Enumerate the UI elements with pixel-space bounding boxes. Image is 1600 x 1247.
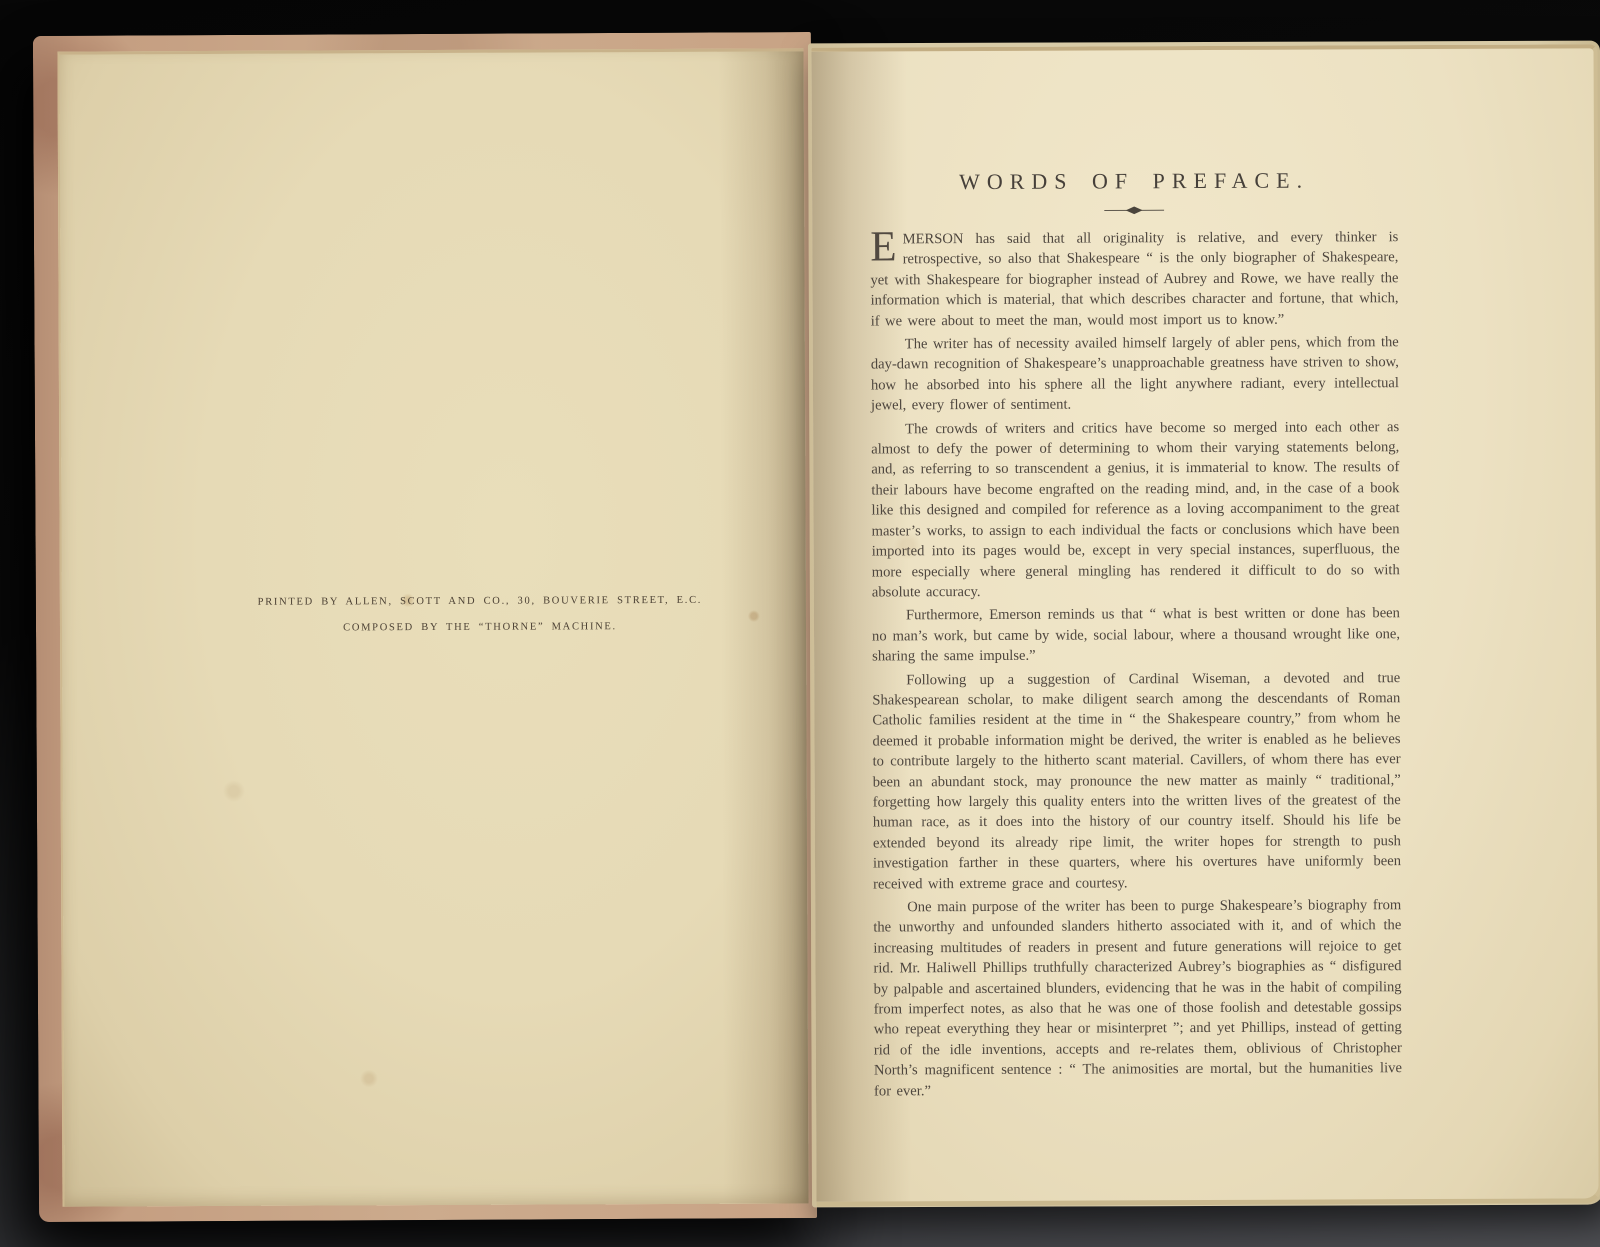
preface-paragraph-6: One main purpose of the writer has been … (873, 895, 1402, 1101)
printer-imprint: PRINTED BY ALLEN, SCOTT AND CO., 30, BOU… (62, 587, 806, 642)
imprint-line-1: PRINTED BY ALLEN, SCOTT AND CO., 30, BOU… (154, 587, 806, 616)
preface-text-column: WORDS OF PREFACE. EMERSON has said that … (870, 169, 1402, 1101)
preface-paragraph-3: The crowds of writers and critics have b… (871, 417, 1400, 603)
open-book: PRINTED BY ALLEN, SCOTT AND CO., 30, BOU… (36, 26, 1592, 1222)
preface-paragraph-2: The writer has of necessity availed hims… (871, 332, 1399, 416)
preface-paragraph-1-text: MERSON has said that all originality is … (870, 229, 1398, 329)
page-title: WORDS OF PREFACE. (870, 169, 1398, 193)
drop-cap: E (870, 229, 902, 263)
imprint-line-2: COMPOSED BY THE “THORNE” MACHINE. (154, 613, 806, 642)
preface-paragraph-5: Following up a suggestion of Cardinal Wi… (872, 668, 1401, 895)
preface-paragraph-1: EMERSON has said that all originality is… (870, 227, 1398, 331)
left-page: PRINTED BY ALLEN, SCOTT AND CO., 30, BOU… (57, 48, 808, 1206)
heading-divider-icon (870, 201, 1398, 213)
preface-paragraph-4: Furthermore, Emerson reminds us that “ w… (872, 603, 1400, 667)
right-page: WORDS OF PREFACE. EMERSON has said that … (811, 44, 1600, 1206)
